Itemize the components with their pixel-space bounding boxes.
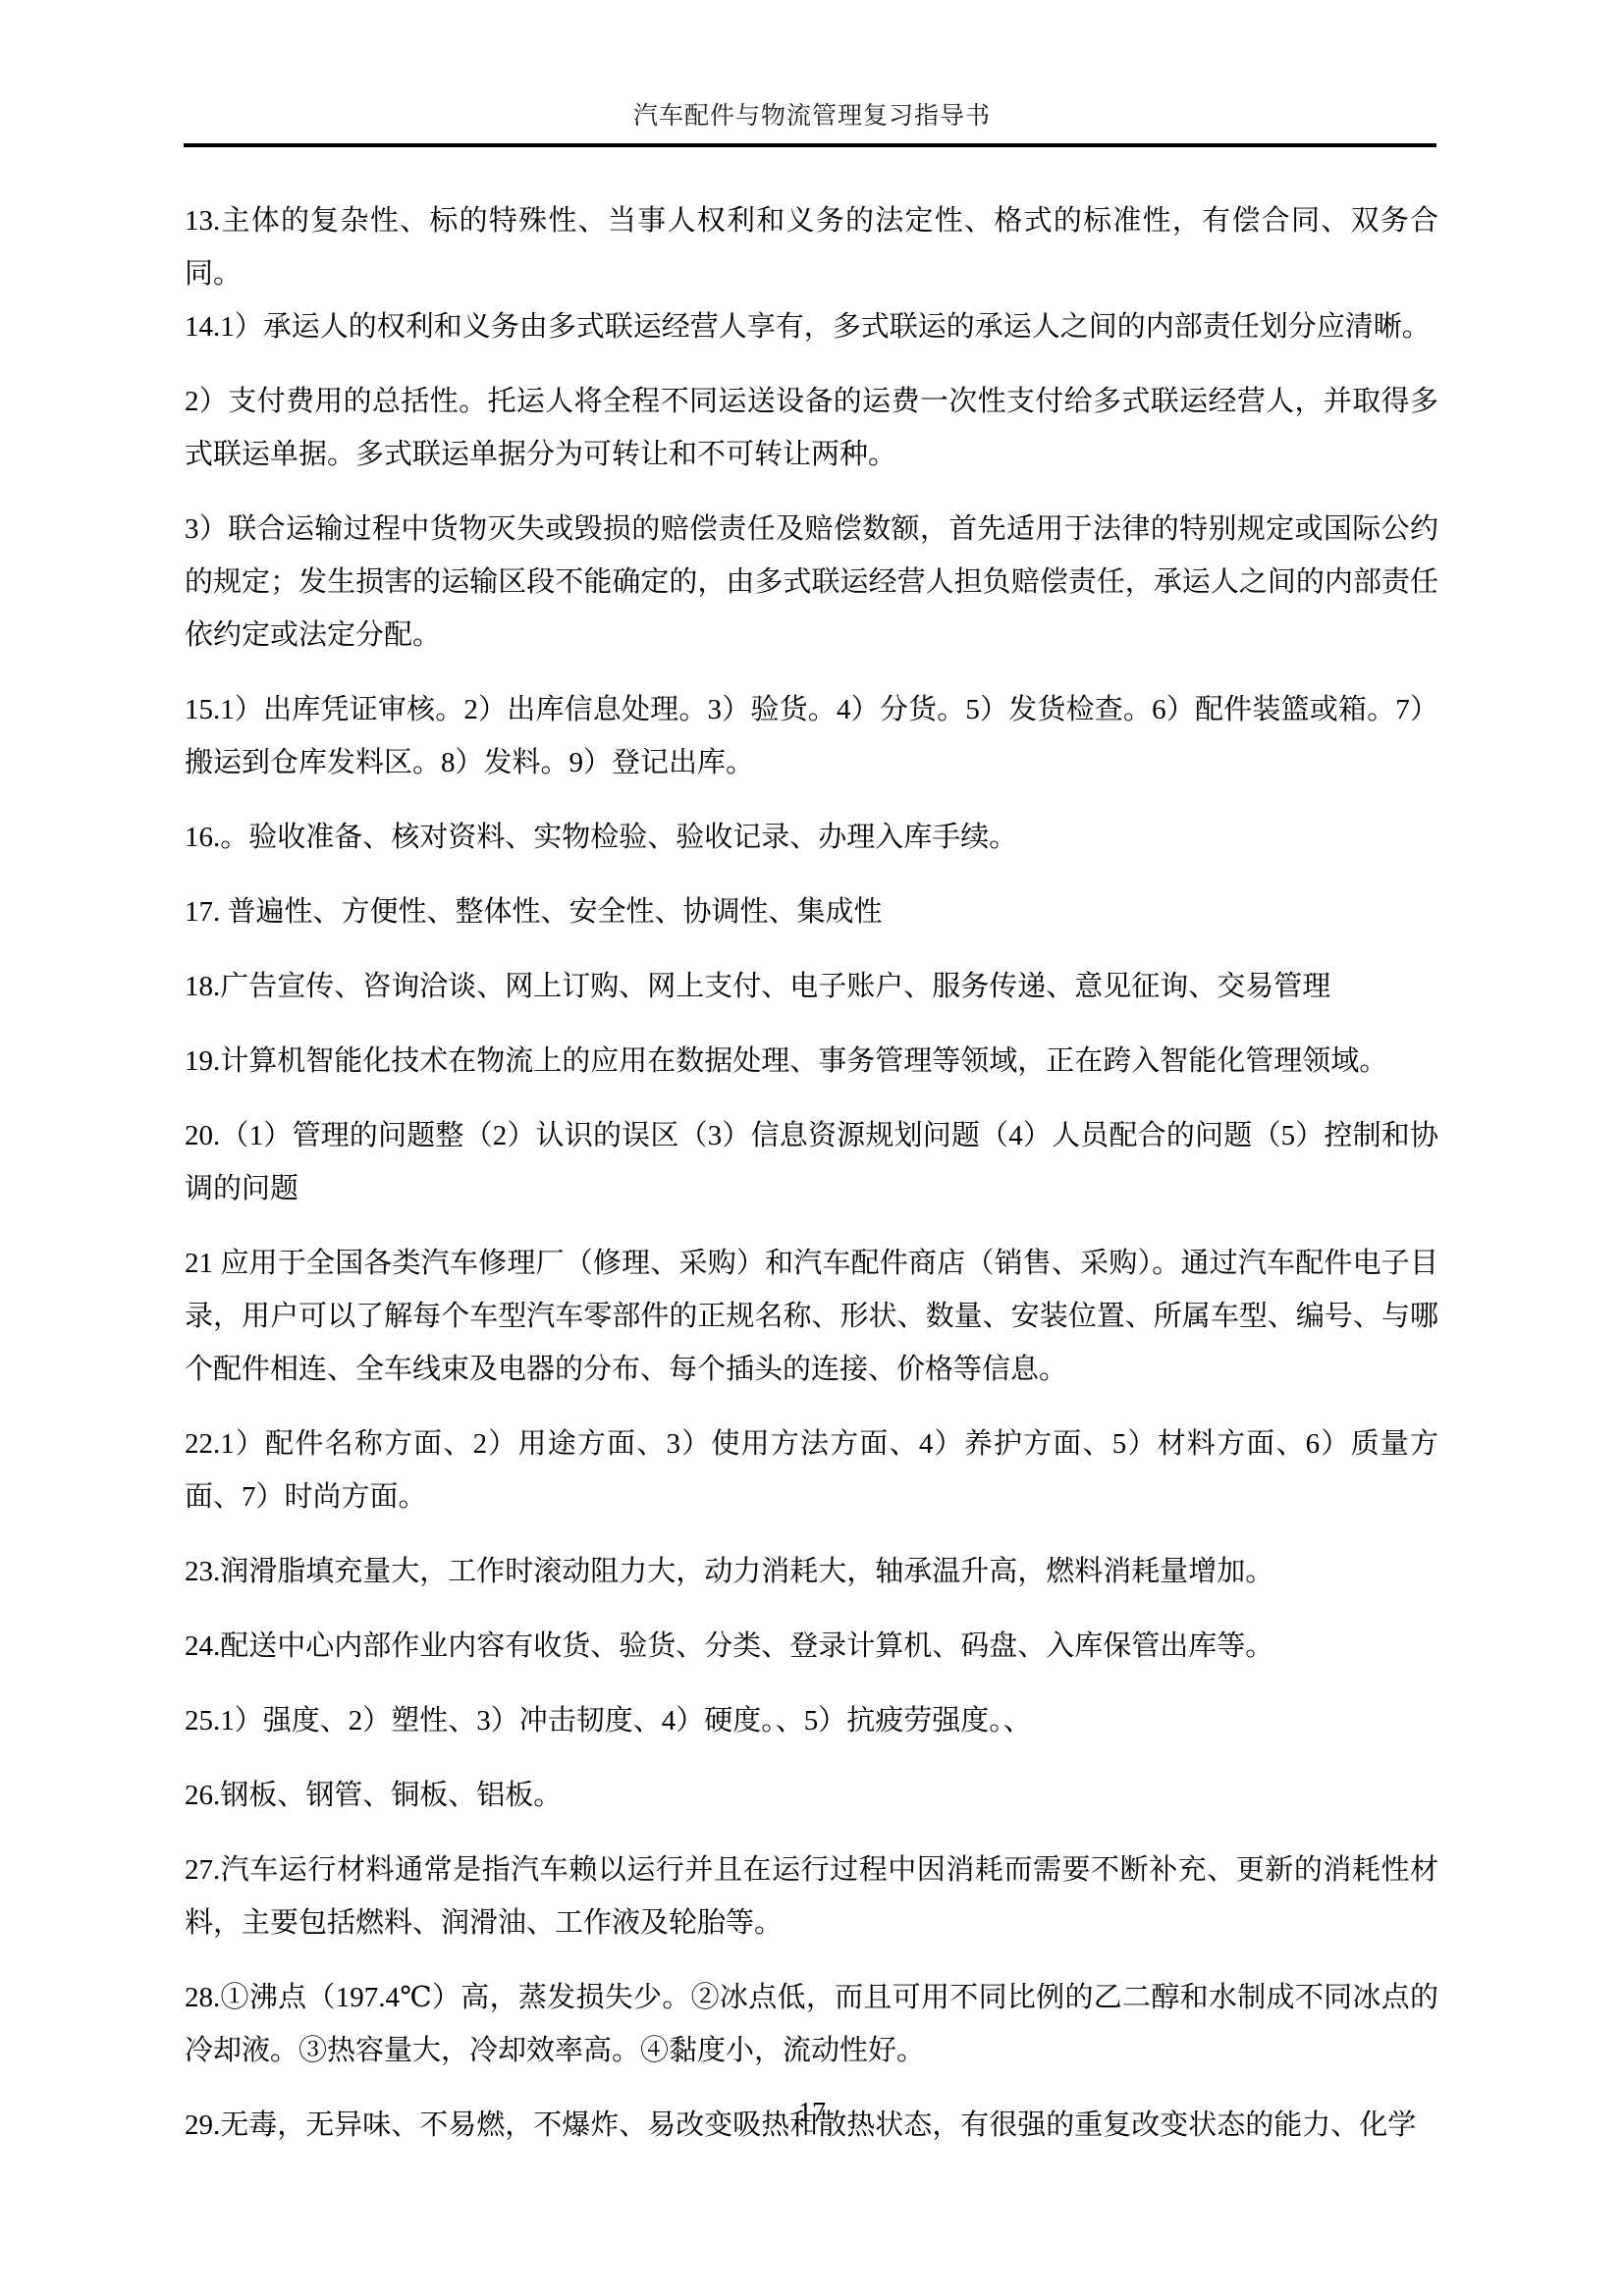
paragraph-item-18: 18.广告宣传、咨询洽谈、网上订购、网上支付、电子账户、服务传递、意见征询、交易… (185, 960, 1438, 1013)
paragraph-item-14-3: 3）联合运输过程中货物灭失或毁损的赔偿责任及赔偿数额，首先适用于法律的特别规定或… (185, 503, 1438, 662)
paragraph-item-19: 19.计算机智能化技术在物流上的应用在数据处理、事务管理等领域，正在跨入智能化管… (185, 1035, 1438, 1088)
header-rule (184, 143, 1436, 147)
paragraph-item-27: 27.汽车运行材料通常是指汽车赖以运行并且在运行过程中因消耗而需要不断补充、更新… (185, 1843, 1438, 1949)
paragraph-item-26: 26.钢板、钢管、铜板、铝板。 (185, 1769, 1438, 1822)
page-header: 汽车配件与物流管理复习指导书 (0, 0, 1624, 132)
page-number: 17 (798, 2098, 826, 2128)
paragraph-item-15: 15.1）出库凭证审核。2）出库信息处理。3）验货。4）分货。5）发货检查。6）… (185, 683, 1438, 789)
page-title: 汽车配件与物流管理复习指导书 (0, 102, 1624, 132)
paragraph-item-22: 22.1）配件名称方面、2）用途方面、3）使用方法方面、4）养护方面、5）材料方… (185, 1417, 1438, 1523)
page-footer: 17 (0, 2097, 1624, 2130)
paragraph-item-13: 13.主体的复杂性、标的特殊性、当事人权利和义务的法定性、格式的标准性，有偿合同… (185, 194, 1438, 300)
paragraph-item-16: 16.。验收准备、核对资料、实物检验、验收记录、办理入库手续。 (185, 811, 1438, 864)
document-body: 13.主体的复杂性、标的特殊性、当事人权利和义务的法定性、格式的标准性，有偿合同… (185, 194, 1438, 2152)
paragraph-item-14-1: 14.1）承运人的权利和义务由多式联运经营人享有，多式联运的承运人之间的内部责任… (185, 300, 1438, 353)
paragraph-item-25: 25.1）强度、2）塑性、3）冲击韧度、4）硬度。、5）抗疲劳强度。、 (185, 1694, 1438, 1747)
paragraph-item-24: 24.配送中心内部作业内容有收货、验货、分类、登录计算机、码盘、入库保管出库等。 (185, 1620, 1438, 1673)
paragraph-item-23: 23.润滑脂填充量大，工作时滚动阻力大，动力消耗大，轴承温升高，燃料消耗量增加。 (185, 1545, 1438, 1598)
document-page: 汽车配件与物流管理复习指导书 13.主体的复杂性、标的特殊性、当事人权利和义务的… (0, 0, 1624, 2296)
paragraph-item-17: 17. 普遍性、方便性、整体性、安全性、协调性、集成性 (185, 885, 1438, 938)
paragraph-item-21: 21 应用于全国各类汽车修理厂（修理、采购）和汽车配件商店（销售、采购）。通过汽… (185, 1237, 1438, 1396)
paragraph-item-14-2: 2）支付费用的总括性。托运人将全程不同运送设备的运费一次性支付给多式联运经营人，… (185, 375, 1438, 481)
paragraph-item-20: 20.（1）管理的问题整（2）认识的误区（3）信息资源规划问题（4）人员配合的问… (185, 1109, 1438, 1215)
paragraph-item-28: 28.①沸点（197.4℃）高，蒸发损失少。②冰点低，而且可用不同比例的乙二醇和… (185, 1971, 1438, 2077)
